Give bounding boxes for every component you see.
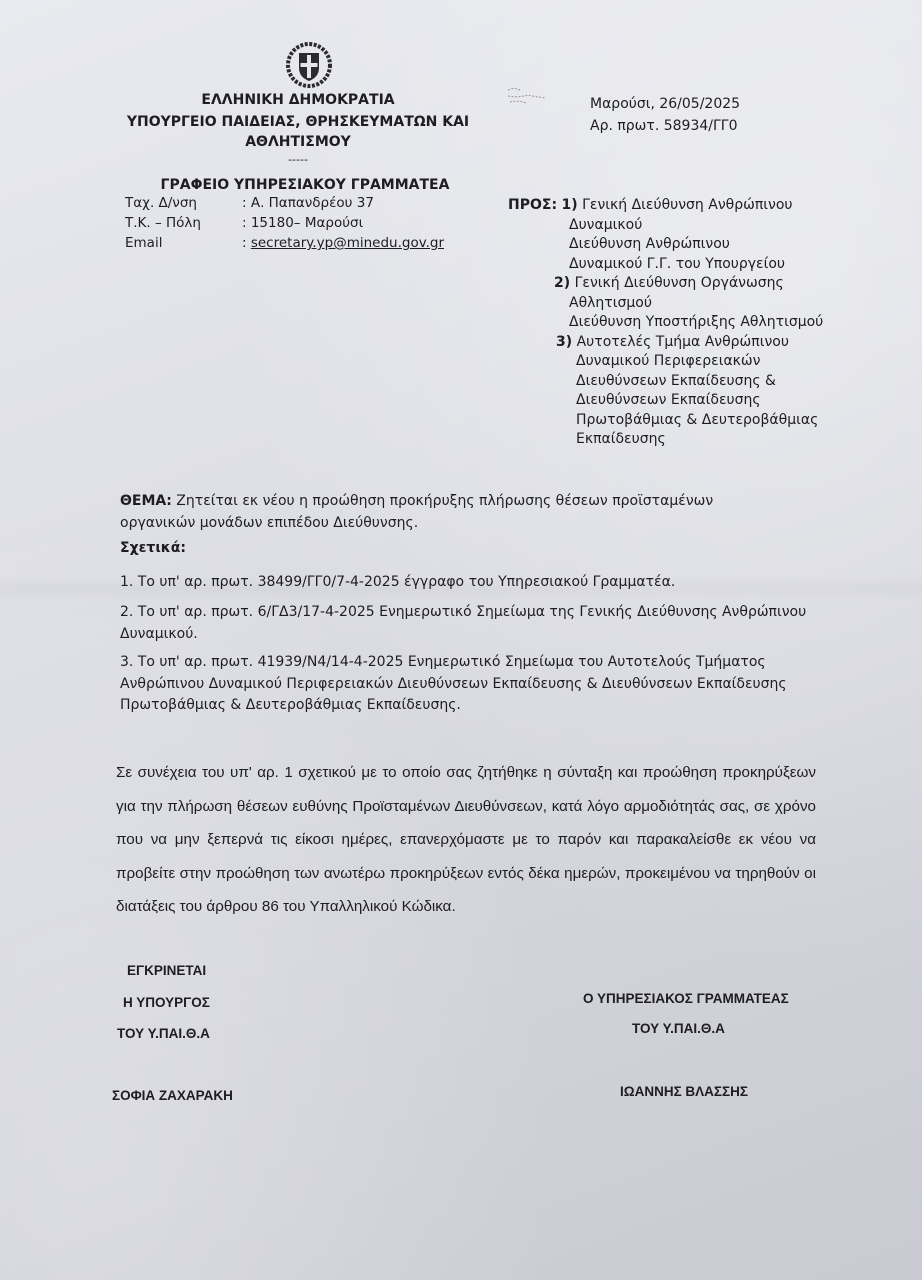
office-title: ΓΡΑΦΕΙΟ ΥΠΗΡΕΣΙΑΚΟΥ ΓΡΑΜΜΑΤΕΑ — [115, 175, 495, 195]
secretary-title: Ο ΥΠΗΡΕΣΙΑΚΟΣ ΓΡΑΜΜΑΤΕΑΣ — [583, 991, 789, 1006]
related-item-3: 3. Το υπ' αρ. πρωτ. 41939/Ν4/14-4-2025 Ε… — [120, 652, 820, 717]
place-date: Μαρούσι, 26/05/2025 — [590, 93, 740, 115]
ministry-title-line1: ΥΠΟΥΡΓΕΙΟ ΠΑΙΔΕΙΑΣ, ΘΡΗΣΚΕΥΜΑΤΩΝ ΚΑΙ — [108, 112, 488, 132]
secretary-name: ΙΩΑΝΝΗΣ ΒΛΑΣΣΗΣ — [620, 1084, 748, 1099]
recipients-label: ΠΡΟΣ: — [508, 197, 557, 213]
document-meta: Μαρούσι, 26/05/2025 Αρ. πρωτ. 58934/ΓΓ0 — [590, 93, 740, 137]
stamp-mark — [505, 86, 550, 106]
minister-name: ΣΟΦΙΑ ΖΑΧΑΡΑΚΗ — [112, 1088, 233, 1103]
recipients-block: ΠΡΟΣ: 1) Γενική Διεύθυνση Ανθρώπινου Δυν… — [508, 196, 823, 450]
address-row-email: Email: secretary.yp@minedu.gov.gr — [125, 233, 444, 253]
republic-title: ΕΛΛΗΝΙΚΗ ΔΗΜΟΚΡΑΤΙΑ — [108, 90, 488, 110]
greek-coat-of-arms-icon — [285, 41, 333, 89]
body-paragraph: Σε συνέχεια του υπ' αρ. 1 σχετικού με το… — [116, 756, 816, 924]
minister-title: Η ΥΠΟΥΡΓΟΣ — [123, 995, 210, 1010]
email-link[interactable]: secretary.yp@minedu.gov.gr — [251, 235, 444, 251]
subject-label: ΘΕΜΑ: — [120, 493, 172, 509]
address-block: Ταχ. Δ/νση: Α. Παπανδρέου 37 Τ.Κ. – Πόλη… — [125, 193, 444, 253]
protocol-number: Αρ. πρωτ. 58934/ΓΓ0 — [590, 115, 740, 137]
related-item-1: 1. Το υπ' αρ. πρωτ. 38499/ΓΓ0/7-4-2025 έ… — [120, 572, 820, 594]
minister-org: ΤΟΥ Υ.ΠΑΙ.Θ.Α — [117, 1026, 210, 1041]
ministry-title-line2: ΑΘΛΗΤΙΣΜΟΥ — [108, 132, 488, 152]
related-title: Σχετικά: — [120, 540, 186, 556]
approved-label: ΕΓΚΡΙΝΕΤΑΙ — [127, 963, 206, 978]
header-separator: ----- — [108, 150, 488, 170]
related-item-2: 2. Το υπ' αρ. πρωτ. 6/ΓΔ3/17-4-2025 Ενημ… — [120, 602, 820, 645]
secretary-org: ΤΟΥ Υ.ΠΑΙ.Θ.Α — [632, 1021, 725, 1036]
subject: ΘΕΜΑ: Ζητείται εκ νέου η προώθηση προκήρ… — [120, 490, 780, 534]
address-row-city: Τ.Κ. – Πόλη: 15180– Μαρούσι — [125, 213, 444, 233]
address-row-street: Ταχ. Δ/νση: Α. Παπανδρέου 37 — [125, 193, 444, 213]
subject-text: Ζητείται εκ νέου η προώθηση προκήρυξης π… — [120, 493, 713, 531]
